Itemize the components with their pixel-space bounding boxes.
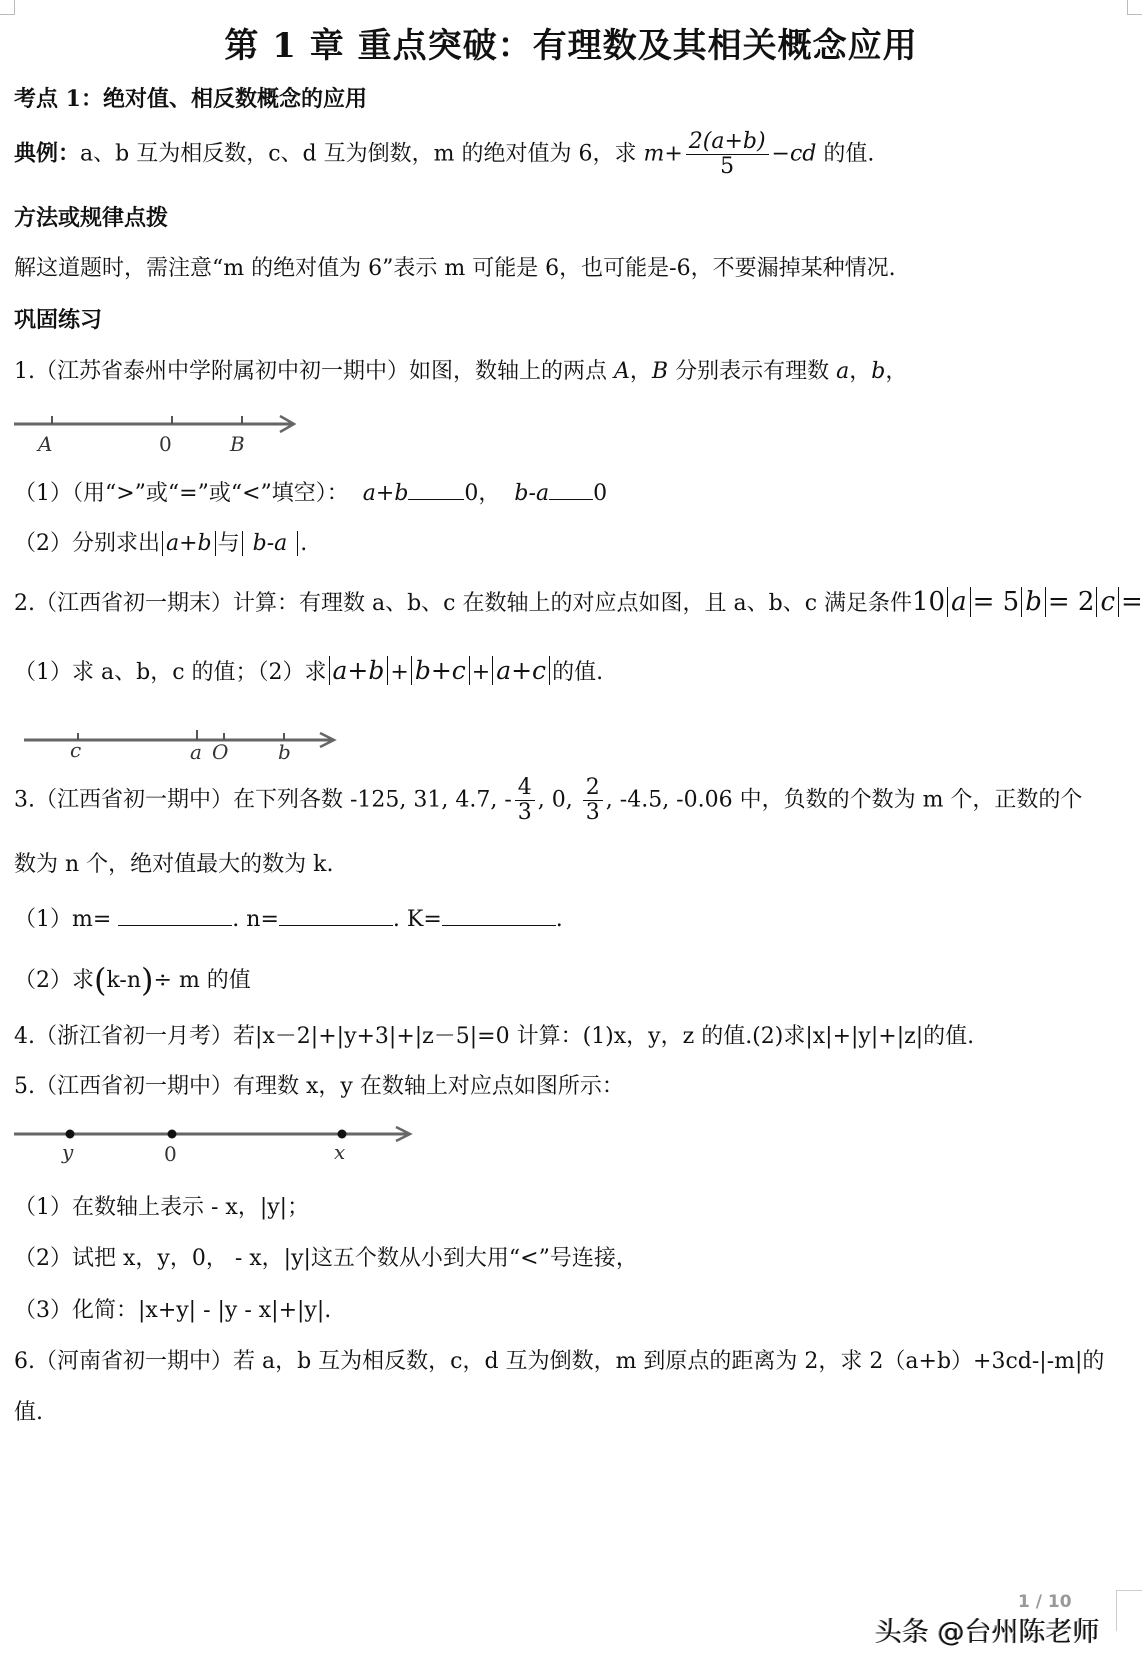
q2-text: 的值. xyxy=(552,660,603,685)
page-corner-mark xyxy=(1127,0,1142,15)
math-term: b-a xyxy=(514,481,549,506)
question-5-part-3: （3）化简：|x+y| - |y - x|+|y|. xyxy=(14,1298,331,1324)
question-3-part-1: （1）m= . n=. K=. xyxy=(14,905,563,933)
q3-text: . K= xyxy=(393,907,442,932)
math-term: k-n xyxy=(106,968,141,993)
answer-blank[interactable] xyxy=(549,479,593,500)
answer-blank-n[interactable] xyxy=(279,905,393,926)
question-1-part-2: （2）分别求出a+b与 b-a . xyxy=(14,531,307,557)
example-text: a、b 互为相反数，c、d 互为倒数，m 的绝对值为 6，求 xyxy=(80,142,636,167)
math-paren: ) xyxy=(141,961,153,999)
fraction-numerator: 2(a+b) xyxy=(686,130,769,155)
math-term: = 10. xyxy=(1121,587,1142,617)
math-term: + xyxy=(472,660,490,685)
answer-blank[interactable] xyxy=(408,479,464,500)
q3-text: . xyxy=(556,907,563,932)
practice-heading: 巩固练习 xyxy=(14,307,102,333)
axis-label: x xyxy=(334,1140,345,1164)
math-term: −cd xyxy=(772,142,817,167)
abs-expression: a xyxy=(947,587,971,617)
axis-label: B xyxy=(230,432,245,456)
q1-part-text: 与 xyxy=(218,531,240,556)
watermark: 头条 @台州陈老师 xyxy=(875,1610,1100,1649)
fraction: 43 xyxy=(515,776,535,825)
axis-label: a xyxy=(190,740,202,764)
page-indicator: 1 / 10 xyxy=(1018,1592,1072,1612)
example-problem: 典例：a、b 互为相反数，c、d 互为倒数，m 的绝对值为 6，求 m+2(a+… xyxy=(14,130,874,179)
document-page: 第 1 章 重点突破：有理数及其相关概念应用 考点 1：绝对值、相反数概念的应用… xyxy=(0,0,1142,1657)
q3-text: （2）求 xyxy=(14,968,94,993)
point-label: B xyxy=(652,359,668,384)
q1-part-text: （1）（用“>”或“=”或“<”填空）： xyxy=(14,481,349,506)
page-corner-mark xyxy=(0,0,15,15)
question-2-parts: （1）求 a、b，c 的值；（2）求a+b+b+c+a+c的值. xyxy=(14,656,603,686)
number-line-q1: A 0 B xyxy=(12,410,312,460)
abs-expression: c xyxy=(1096,587,1119,617)
question-6-line-1: 6.（河南省初一期中）若 a，b 互为相反数，c，d 互为倒数，m 到原点的距离… xyxy=(14,1349,1104,1375)
question-2-stem: 2.（江西省初一期末）计算：有理数 a、b、c 在数轴上的对应点如图，且 a、b… xyxy=(14,587,1142,618)
number-line-q2: c a O b xyxy=(22,726,342,776)
page-edge-mark xyxy=(1116,1590,1142,1631)
fraction-denominator: 5 xyxy=(717,155,737,179)
q1-text: ， xyxy=(885,359,907,384)
method-heading: 方法或规律点拨 xyxy=(14,205,168,231)
axis-label: 0 xyxy=(164,1142,177,1166)
fraction: 23 xyxy=(583,776,603,825)
axis-label: O xyxy=(212,740,228,764)
axis-label: 0 xyxy=(159,432,172,456)
q1-text: 分别表示有理数 xyxy=(668,359,836,384)
q1-part-text: 0 xyxy=(593,481,607,506)
question-3-line-2: 数为 n 个，绝对值最大的数为 k. xyxy=(14,852,333,878)
math-term: + xyxy=(390,660,408,685)
q3-text: , 0, xyxy=(538,788,580,813)
question-4: 4.（浙江省初一月考）若|x－2|+|y+3|+|z－5|=0 计算：(1)x，… xyxy=(14,1024,974,1050)
answer-blank-k[interactable] xyxy=(442,905,556,926)
fraction-denominator: 3 xyxy=(515,801,535,825)
q3-text: . n= xyxy=(232,907,279,932)
math-term: a+b xyxy=(363,481,409,506)
math-paren: ( xyxy=(94,961,106,999)
q3-text: , -4.5, -0.06 中，负数的个数为 m 个，正数的个 xyxy=(606,788,1083,813)
q2-text: 2.（江西省初一期末）计算：有理数 a、b、c 在数轴上的对应点如图，且 a、b… xyxy=(14,591,912,616)
math-term: = 2 xyxy=(1048,587,1095,617)
question-3-stem: 3.（江西省初一期中）在下列各数 -125, 31, 4.7, -43, 0, … xyxy=(14,776,1082,825)
example-suffix: 的值. xyxy=(816,142,874,167)
example-label: 典例： xyxy=(14,141,80,167)
math-term: = 5 xyxy=(973,587,1020,617)
q1-part-text: （2）分别求出 xyxy=(14,531,160,556)
variable: a xyxy=(836,359,849,384)
point-label: A xyxy=(614,359,630,384)
q3-text: 3.（江西省初一期中）在下列各数 -125, 31, 4.7, - xyxy=(14,788,512,813)
variable: b xyxy=(871,359,885,384)
math-term: 10 xyxy=(912,587,945,617)
number-line-q5: y 0 x xyxy=(12,1122,422,1172)
question-1-part-1: （1）（用“>”或“=”或“<”填空）： a+b0， b-a0 xyxy=(14,479,607,507)
abs-expression: a+b xyxy=(162,531,216,556)
abs-expression: a+b xyxy=(329,656,389,685)
q1-text: 1.（江苏省泰州中学附属初中初一期中）如图，数轴上的两点 xyxy=(14,359,614,384)
question-5-stem: 5.（江西省初一期中）有理数 x，y 在数轴上对应点如图所示： xyxy=(14,1074,624,1100)
q1-text: ， xyxy=(630,359,652,384)
q1-part-text: . xyxy=(300,531,307,556)
number-line-icon xyxy=(12,1122,422,1148)
question-5-part-2: （2）试把 x，y，0， - x，|y|这五个数从小到大用“<”号连接， xyxy=(14,1246,638,1272)
axis-label: b xyxy=(278,740,291,764)
answer-blank-m[interactable] xyxy=(118,905,232,926)
method-text: 解这道题时，需注意“m 的绝对值为 6”表示 m 可能是 6，也可能是-6，不要… xyxy=(14,256,896,282)
axis-label: c xyxy=(70,738,81,762)
q1-text: ， xyxy=(849,359,871,384)
math-term: m+ xyxy=(643,142,682,167)
question-3-part-2: （2）求(k-n)÷ m 的值 xyxy=(14,961,251,999)
abs-expression: a+c xyxy=(492,656,550,685)
question-5-part-1: （1）在数轴上表示 - x，|y|； xyxy=(14,1195,309,1221)
axis-label: A xyxy=(38,432,52,456)
question-1-stem: 1.（江苏省泰州中学附属初中初一期中）如图，数轴上的两点 A，B 分别表示有理数… xyxy=(14,359,907,385)
fraction-numerator: 2 xyxy=(583,776,603,801)
fraction-numerator: 4 xyxy=(515,776,535,801)
document-title: 第 1 章 重点突破：有理数及其相关概念应用 xyxy=(0,18,1142,67)
q2-text: （1）求 a、b，c 的值；（2）求 xyxy=(14,660,327,685)
axis-label: y xyxy=(62,1140,73,1164)
section-heading: 考点 1：绝对值、相反数概念的应用 xyxy=(14,86,367,112)
abs-expression: b xyxy=(1021,587,1046,617)
q1-part-text: 0， xyxy=(464,481,500,506)
q3-text: （1）m= xyxy=(14,907,111,932)
fraction: 2(a+b)5 xyxy=(686,130,769,179)
q3-text: ÷ m 的值 xyxy=(154,968,251,993)
question-6-line-2: 值. xyxy=(14,1400,43,1426)
abs-expression: b-a xyxy=(242,531,299,556)
abs-expression: b+c xyxy=(411,656,470,685)
fraction-denominator: 3 xyxy=(583,801,603,825)
